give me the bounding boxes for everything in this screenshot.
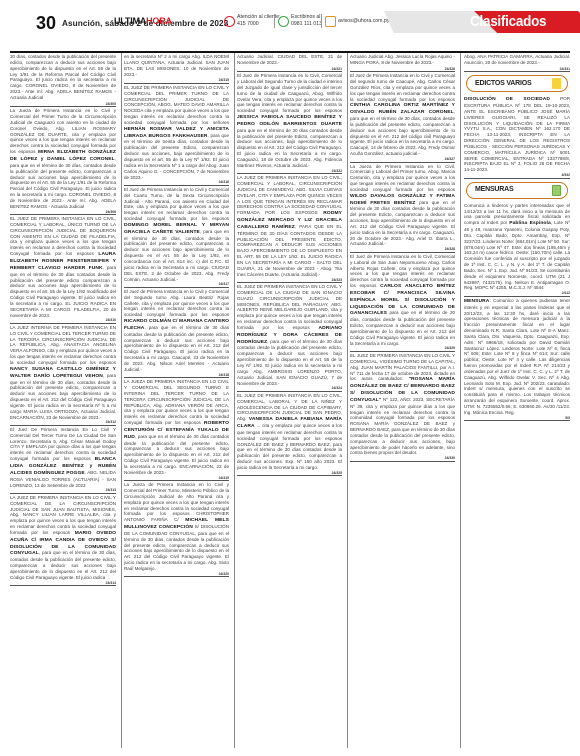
notice-code: 24/328 [350,247,455,251]
notice-body: LA JUEZA DE PRIMERA INSTANCIA EN LO CIVI… [124,379,229,476]
notice-text: Nº 122, AÑO: 2023, SECRETARÍA Nº 39, cit… [350,397,455,456]
notice-code: 24/325 [237,471,342,475]
notice-body: EL JUEZ DE PRIMERA INSTANCIA EN LO CIVIL… [237,284,342,386]
column-3: Actuario Judicial. CIUDAD DEL ESTE, 21 d… [234,53,344,748]
category-label: EDICTOS VARIOS [475,81,531,87]
notice-party-names: Pablina Espínola [509,221,551,226]
contact-email[interactable]: avisos@uhora.com.py [338,18,389,24]
notice-body: MENSURA: Comunico a quienes pudieran ten… [464,298,570,416]
notice-text: , para que en el término de treinta días… [124,133,229,180]
notice-text: , para que en el término de 30 días cont… [124,325,229,372]
notice-text: , para que en el término de 30 días, con… [124,229,229,282]
notice-body: DISOLUCIÓN DE SOCIEDAD POR ESCRITURA PÚB… [464,96,570,173]
notice: Actuario Judicial Abg. Jessica Lucía Roj… [350,53,455,72]
contact-label: Escribinos al [291,14,320,20]
notice-body: LA JUEZ DE PRIMERA INSTANCIA EN LO CIVIL… [237,175,342,277]
notice-text: LA JUEZA DE PRIMERA INSTANCIA EN LO CIVI… [124,379,229,425]
notice-code: 5/5 [464,416,570,420]
notice-body: La Jueza de Primera Instancia en lo Civi… [350,164,455,248]
notice-body: Comunica a linderos y partes interesadas… [464,203,570,292]
column-2: en la secretaría Nº 2 a mi cargo Abg. IL… [121,53,231,748]
notice-text: S/ DISOLUCIÓN DE LA COMUNIDAD CONYUGAL, … [124,524,229,571]
notice-body: 30 días, contados desde la publicación d… [10,54,116,102]
notice: El Juez De Primera Instancia En Lo Civil… [10,426,116,494]
notice-text: , para que en el término de 30 días, con… [10,373,116,420]
notice-text: POR ESCRITURA PÚBLICA Nº 178 DEL 19-10-2… [464,96,570,172]
notice-text: La Jueza de Primera Instancia en lo Civi… [350,164,455,192]
notice-body: Actuario Judicial Abg. Jessica Lucía Roj… [350,54,455,67]
notice-text: La Jueza de Primera Instancia en lo Civi… [10,108,116,154]
notice-text: El Juez de Primera Instancia en lo Civil… [350,73,455,101]
notice: EL JUEZ DE PRIMERA INSTANCIA EN LO CIVIL… [124,84,229,186]
notice: 30 días, contados desde la publicación d… [10,53,116,107]
notice-body: El Juez de Primera Instancia en lo Civil… [350,73,455,157]
document-icon [552,78,561,89]
notice: La Jueza de Primera Instancia en lo Civi… [350,163,455,253]
notice-code: 24/322 [237,169,342,173]
notice-text: LA JUEZ DE PRIMERA INSTANCIA EN LO CIVIL… [10,495,116,535]
notice-text: EL JUEZ DE PRIMERA INSTANCIA EN LO CIVIL… [237,284,342,330]
whatsapp-contact: Escribinos al0981 111 013 [278,14,322,27]
notice-party-names: CINTHIA CAROLINA ORTIZ MARTÍNEZ Y OSVALD… [350,103,455,115]
notice-text: La Jueza de Primera Instancia en lo Civi… [124,482,229,522]
notice-text: , para que en el término de 30 días cont… [124,434,229,475]
notice-text: Actuario Judicial Abg. Jessica Lucía Roj… [350,54,455,65]
notice-body: EL JUEZ DE PRIMERA INSTANCIA EN LO CIVIL… [350,353,455,456]
notice: LA JUEZ DE PRIMERA INSTANCIA EN LO CIVIL… [10,494,116,586]
notice-body: en la secretaría Nº 2 a mi cargo Abg. IL… [124,54,229,78]
notice-code: 24/320 [124,572,229,576]
notice-code: 24/326 [350,67,455,71]
notice-body: EL JUEZ DE PRIMERA INSTANCIA EN LO CIVIL… [10,216,116,318]
notice-code: 2/112 [464,291,570,295]
notice-code: 24/316 [124,180,229,184]
notice-body: El Juez de Primera Instancia en lo Civil… [124,187,229,283]
notice-text: LA JUEZ DE PRIMERA INSTANCIA EN LO CIVIL… [237,175,342,215]
notice-text: para que en el término de 30 días contad… [237,128,342,168]
notice-code: 24/305 [10,102,116,106]
notice-body: EL JUEZ DE PRIMERA INSTANCIA EN LO CIVIL… [237,393,342,471]
page-header: 30 Asunción, sábado 2 de diciembre de 20… [0,0,580,42]
notice-text: EL JUEZ DE PRIMERA INSTANCIA EN LO CIVIL… [10,216,116,256]
logo-part-ultima: ULTIMA [114,16,146,26]
phone-icon [224,16,235,27]
notice-party-names: NANCY SUSANA CASTILLO GIMÉNEZ Y WALTER D… [10,367,116,379]
notice-code: 24/324 [237,386,342,390]
notice-text: Abog. ANA PATRICIA GAMARRA, Actuaria Jud… [464,54,570,65]
category-header: EDICTOS VARIOS [466,75,568,92]
notice-body: El Juez de Primera Instancia en lo Civil… [237,73,342,169]
logo-part-hora: HORA [146,16,172,26]
category-label: MENSURAS [475,187,513,193]
notice-code: 24/313 [10,488,116,492]
newspaper-logo: ULTIMAHORA [114,16,172,26]
column-4: Actuario Judicial Abg. Jessica Lucía Roj… [347,53,457,748]
notice-code: 24/318 [124,373,229,377]
notice-code: 24/321 [237,67,342,71]
notice-text: El Juez de Primera Instancia en lo Civil… [124,187,229,221]
notice: en la secretaría Nº 2 a mi cargo Abg. IL… [124,53,229,84]
notice-text: LA JUEZ INTERINA DE PRIMERA INSTANCIA EN… [10,325,116,365]
notice-body: La Jueza de Primera Instancia en lo Civi… [124,482,229,572]
whatsapp-icon [278,16,289,27]
notice: EL JUEZ DE PRIMERA INSTANCIA EN LO CIVIL… [237,283,342,392]
notice-text: El Juez de Primera Instancia en lo Civil… [124,289,229,317]
notice-party-names: MENSURA [464,299,489,304]
map-icon [552,185,561,196]
notice: El Juez de Primera Instancia en lo Civil… [124,186,229,288]
notice-body: Abog. ANA PATRICIA GAMARRA, Actuaria Jud… [464,54,570,67]
notice-text: , Lote Nº 48 y 49, manzana Ypanemi, Colo… [464,220,570,290]
notice: EL JUEZ DE PRIMERA INSTANCIA EN LO CIVIL… [10,215,116,324]
notice: EL JUEZ DE PRIMERA INSTANCIA EN LO CIVIL… [237,392,342,476]
notice-text: , PARA QUE EN EL TÉRMINO DE 30 DÍAS CONT… [237,224,342,277]
notice-body: LA JUEZ DE PRIMERA INSTANCIA EN LO CIVIL… [10,495,116,581]
notice: LA JUEZA DE PRIMERA INSTANCIA EN LO CIVI… [124,378,229,481]
notice: El Juez de Primera Instancia en lo Civil… [237,72,342,174]
contact-phone: 0981 111 013 [291,21,322,27]
notice-code: 24/315 [124,78,229,82]
page-number: 30 [36,13,56,34]
notice-text: El Juez de Primera Instancia en lo Civil… [237,73,342,113]
column-5: Abog. ANA PATRICIA GAMARRA, Actuaria Jud… [460,53,570,748]
notice: Abog. ANA PATRICIA GAMARRA, Actuaria Jud… [464,53,570,72]
category-header: MENSURAS [466,182,568,199]
notice-text: para que en el término de 30 días contad… [350,200,455,247]
notice-body: El Juez de Primera Instancia en lo Civil… [124,289,229,373]
email-contact: avisos@uhora.com.py [325,14,389,27]
notice: El Juez de Primera Instancia en lo Civil… [350,72,455,162]
notice-code: 24/327 [350,157,455,161]
notice-body: El Juez De Primera Instancia En Lo Civil… [10,427,116,488]
notice: MENSURA: Comunico a quienes pudieran ten… [464,297,570,421]
notice: El Juez de Primera Instancia en lo Civil… [124,288,229,378]
notice: LA JUEZ DE PRIMERA INSTANCIA EN LO CIVIL… [237,174,342,283]
notice-text: ... cita y emplaza por quince veces a lo… [237,423,342,470]
notice-code: 24/312 [10,420,116,424]
notice: DISOLUCIÓN DE SOCIEDAD POR ESCRITURA PÚB… [464,95,570,178]
notice-text: , para que en el término de 30 días cont… [237,339,342,386]
contact-phone: 415 7000 [237,21,259,27]
classifieds-columns: 30 días, contados desde la publicación d… [10,53,570,753]
divider [321,14,322,28]
notice-text: , para que en el término de 30 días, con… [350,109,455,156]
envelope-icon [325,16,336,27]
notice-code: 24/317 [124,282,229,286]
notice-body: El Juez de Primera Instancia en lo Civil… [350,254,455,347]
notice-body: La Jueza de Primera Instancia en lo Civi… [10,108,116,209]
notice: La Jueza de Primera Instancia en lo Civi… [10,107,116,215]
notice-text: , para que en el término de 30 días, con… [10,156,116,209]
divider [274,14,275,28]
notice-code: 24/323 [237,278,342,282]
section-title: Clasificados [470,13,546,30]
notice: El Juez de Primera Instancia en lo Civil… [350,253,455,352]
notice-code: 24/306 [10,210,116,214]
notice: Comunica a linderos y partes interesadas… [464,202,570,297]
notice-code: 24/314 [10,581,116,585]
notice-code: 4/532 [464,173,570,177]
notice: EL JUEZ DE PRIMERA INSTANCIA EN LO CIVIL… [350,352,455,462]
notice-code: 24/310 [10,318,116,322]
notice: Actuario Judicial. CIUDAD DEL ESTE, 21 d… [237,53,342,72]
customer-service-contact: Atención al cliente:415 7000 [224,14,281,27]
notice-body: EL JUEZ DE PRIMERA INSTANCIA EN LO CIVIL… [124,85,229,181]
notice-code: 24/331 [464,67,570,71]
notice: LA JUEZ INTERINA DE PRIMERA INSTANCIA EN… [10,324,116,426]
notice-party-names: DISOLUCIÓN DE SOCIEDAD [464,97,550,102]
notice-text: EL JUEZ DE PRIMERA INSTANCIA EN LO CIVIL… [124,85,229,125]
notice-body: LA JUEZ INTERINA DE PRIMERA INSTANCIA EN… [10,325,116,421]
notice-text: Actuario Judicial. CIUDAD DEL ESTE, 21 d… [237,54,342,65]
notice-text: El Juez de Primera Instancia en lo Civil… [350,254,455,288]
notice: La Jueza de Primera Instancia en lo Civi… [124,481,229,577]
notice-code: 24/329 [350,346,455,350]
notice-party-names: JESSICA FABIOLA SAUCEDO BENÍTEZ Y PEDRO … [237,115,342,127]
column-1: 30 días, contados desde la publicación d… [10,53,118,748]
notice-code: 24/330 [350,456,455,460]
notice-text: 30 días, contados desde la publicación d… [10,54,116,100]
notice-text: : Comunico a quienes pudieran tener inte… [464,298,570,415]
notice-code: 24/319 [124,476,229,480]
notice-text: en la secretaría Nº 2 a mi cargo Abg. IL… [124,54,229,77]
notice-text: , para que en el término de 30 días cont… [10,265,116,318]
notice-body: Actuario Judicial. CIUDAD DEL ESTE, 21 d… [237,54,342,67]
